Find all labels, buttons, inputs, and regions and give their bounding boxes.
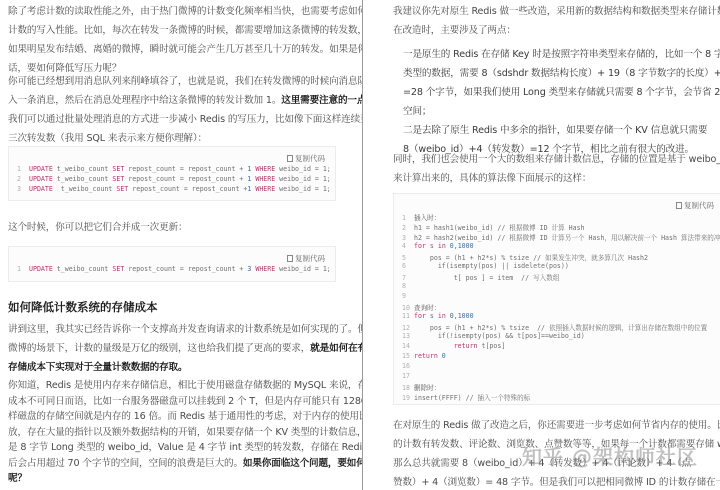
text-span: 入一条消息，然后在消息处理程序中给这条微博的转发计数加 1。 [8, 95, 281, 106]
code-line: 3UPDATE t_weibo_count SET repost_count =… [17, 185, 331, 193]
paragraph-redis-modification: 我建议你先对原生 Redis 做一些改造，采用新的数据结构和数据类型来存储计数数… [393, 2, 720, 40]
line-number: 13 [402, 332, 414, 340]
emphasis-text: 呢？ [8, 473, 27, 484]
copy-icon [676, 202, 682, 209]
code-text: pos = (h1 + h2*s) % tsize // 如果发生冲突，就多算几… [414, 254, 648, 262]
line-number: 12 [402, 324, 414, 332]
paragraph-message-queue: 你可能已经想到用消息队列来削峰填谷了，也就是说，我们在转发微博的时候向消息队列写… [8, 72, 362, 148]
code-text: 插入时： [414, 214, 440, 222]
number-literal: 0,1000 [446, 312, 474, 320]
code-line: 2h1 = hash1(weibo_id) // 根据微博 ID 计算 Hash [402, 222, 585, 232]
text-line: 微博的场景下，计数的量级是万亿的级别，这也给我们提了更高的要求，就是如何在有限的 [8, 339, 362, 358]
keyword: WHERE [255, 265, 275, 273]
text-line: 来计算出来的，具体的算法像下面展示的这样： [393, 169, 720, 188]
code-line: 1插入时： [402, 212, 440, 222]
keyword: UPDATE [29, 185, 53, 193]
line-number: 2 [402, 224, 414, 232]
code-text: repost_count = repost_count + [124, 165, 247, 173]
text-span: 微博的场景下，计数的量级是万亿的级别，这也给我们提了更高的要求， [8, 343, 310, 354]
code-line: 4for s in 0,1000 [402, 242, 474, 250]
code-text: 删除时： [414, 384, 440, 392]
code-line: 11for s in 0,1000 [402, 312, 474, 320]
watermark: 知乎 @架构师社区 [522, 441, 698, 470]
code-block-sql-three-updates: 复制代码 1UPDATE t_weibo_count SET repost_co… [8, 146, 336, 201]
code-line: 5 pos = (h1 + h2*s) % tsize // 如果发生冲突，就多… [402, 252, 648, 262]
code-line: 8 [402, 282, 414, 290]
text-line: 一是原生的 Redis 在存储 Key 时是按照字符串类型来存储的，比如一个 8… [403, 45, 720, 64]
code-text: 查询时： [414, 304, 440, 312]
section-heading: 如何降低计数系统的存储成本 [8, 299, 158, 315]
line-number: 19 [402, 394, 414, 402]
line-number: 14 [402, 342, 414, 350]
text-line: =28 个字节，如果我们使用 Long 类型来存储就只需要 8 个字节，会节省 … [403, 83, 720, 102]
line-number: 5 [402, 254, 414, 262]
code-text: h1 = hash1(weibo_id) // 根据微博 ID 计算 Hash [414, 224, 585, 232]
keyword: UPDATE [29, 165, 53, 173]
paragraph-merge-update: 这个时候，你可以把它们合并成一次更新： [8, 218, 187, 237]
code-line: 1UPDATE t_weibo_count SET repost_count =… [17, 165, 331, 173]
code-line: 9 [402, 292, 414, 300]
code-line: 15return 0 [402, 352, 446, 360]
line-number: 10 [402, 304, 414, 312]
copy-label: 复制代码 [295, 154, 325, 163]
copy-icon [287, 255, 293, 262]
keyword: WHERE [255, 175, 275, 183]
keyword: in [438, 242, 446, 250]
emphasis-text: 就是如何在有限的 [310, 343, 362, 354]
text-line: 如果明星发布结婚、离婚的微博，瞬时就可能会产生几万甚至几十万的转发。如果是你的 [8, 40, 362, 59]
text-line: 计数的写入性能。比如，每次在转发一条微博的时候，都需要增加这条微博的转发数，那么 [8, 21, 362, 40]
text-line: 除了考虑计数的读取性能之外，由于热门微博的计数变化频率相当快，也需要考虑如何提升 [8, 2, 362, 21]
line-number: 1 [402, 214, 414, 222]
code-block-hash-algorithm: 复制代码 1插入时： 2h1 = hash1(weibo_id) // 根据微博… [393, 193, 720, 405]
line-number: 2 [17, 175, 29, 183]
text-line: 赞数）+ 4（浏览数）= 48 字节。但是我们可以把相同微博 ID 的计数存储在… [393, 473, 720, 490]
number-literal: 0 [438, 352, 446, 360]
text-line: 二是去除了原生 Redis 中多余的指针，如果要存储一个 KV 信息就只需要 [403, 121, 720, 140]
line-number: 17 [402, 372, 414, 380]
emphasis-text: 存储成本下实现对于全量计数数据的存取。 [8, 362, 187, 373]
text-line: 类型的数据，需要 8（sdshdr 数据结构长度）+ 19（8 字节数字的长度）… [403, 64, 720, 83]
code-line: 18删除时： [402, 382, 440, 392]
code-text: t_weibo_count [53, 265, 113, 273]
code-line: 3h2 = hash2(weibo_id) // 根据微博 ID 计算另一个 H… [402, 232, 720, 242]
code-text: t[pos] [478, 342, 506, 350]
code-block-sql-merged-update: 复制代码 1UPDATE t_weibo_count SET repost_co… [8, 246, 336, 282]
code-line: 7 t[ pos ] = item // 写入数组 [402, 272, 559, 282]
code-text: t_weibo_count [53, 185, 117, 193]
code-text: s [426, 242, 438, 250]
code-line: 19insert(FFFF) // 插入一个特殊的标 [402, 392, 530, 402]
keyword: SET [112, 165, 124, 173]
code-text: insert(FFFF) // 插入一个特殊的标 [414, 394, 530, 402]
paragraph-array-hash: 同时，我们也会使用一个大的数组来存储计数信息，存储的位置是基于 weibo_id… [393, 150, 720, 188]
copy-label: 复制代码 [684, 201, 714, 210]
keyword: SET [112, 265, 124, 273]
code-line: 10查询时： [402, 302, 440, 312]
code-line: 13 if(!isempty(pos) && t[pos]==weibo_id) [402, 332, 585, 340]
line-number: 15 [402, 352, 414, 360]
keyword: return [414, 352, 438, 360]
line-number: 9 [402, 292, 414, 300]
emphasis-text: 如果你面临这个问题，要如何优化 [243, 458, 362, 469]
paragraph-redis-memory: 你知道，Redis 是使用内存来存储信息，相比于使用磁盘存储数据的 MySQL … [8, 376, 362, 485]
text-line: 成本不可同日而语，比如一台服务器磁盘可以挂载到 2 个 T，但是内存可能只有 1… [8, 392, 362, 408]
line-number: 11 [402, 312, 414, 320]
code-text: weibo_id = 1; [275, 265, 331, 273]
keyword: WHERE [255, 185, 275, 193]
copy-code-button[interactable]: 复制代码 [676, 200, 714, 211]
emphasis-text: 这里需要注意的一点， [281, 95, 362, 106]
text-line: 样磁盘的存储空间就是内存的 16 倍。而 Redis 基于通用性的考虑，对于内存… [8, 407, 362, 423]
text-line: 空间； [403, 102, 720, 121]
keyword: for [414, 242, 426, 250]
code-line: 14 return t[pos] [402, 342, 505, 350]
keyword: UPDATE [29, 265, 53, 273]
code-text: h2 = hash2(weibo_id) // 根据微博 ID 计算另一个 Ha… [414, 234, 720, 242]
code-text: weibo_id = 1; [275, 175, 331, 183]
line-number: 18 [402, 384, 414, 392]
copy-code-button[interactable]: 复制代码 [287, 253, 325, 264]
text-span: 后会占用超过 70 个字节的空间，空间的浪费是巨大的。 [8, 458, 243, 469]
line-number: 3 [402, 234, 414, 242]
keyword: in [438, 312, 446, 320]
line-number: 3 [17, 185, 29, 193]
code-text: t_weibo_count [53, 165, 113, 173]
left-page: 除了考虑计数的读取性能之外，由于热门微博的计数变化频率相当快，也需要考虑如何提升… [0, 0, 362, 490]
text-line: 是 8 字节 Long 类型的 weibo_id，Value 是 4 字节 in… [8, 438, 362, 454]
code-text: s [426, 312, 438, 320]
paragraph-storage-cost-intro: 讲到这里，我其实已经告诉你一个支撑高并发查询请求的计数系统是如何实现的了。但是在… [8, 320, 362, 377]
keyword: SET [112, 175, 124, 183]
text-line: 在对原生的 Redis 做了改造之后，你还需要进一步考虑如何节省内存的使用。比如… [393, 416, 720, 435]
code-text: repost_count = repost_count + [124, 265, 247, 273]
code-line: 16 [402, 362, 414, 370]
copy-icon [287, 155, 293, 162]
right-page: 我建议你先对原生 Redis 做一些改造，采用新的数据结构和数据类型来存储计数数… [363, 0, 720, 490]
quote-two-points: 一是原生的 Redis 在存储 Key 时是按照字符串类型来存储的，比如一个 8… [403, 45, 720, 159]
text-line: 你知道，Redis 是使用内存来存储信息，相比于使用磁盘存储数据的 MySQL … [8, 376, 362, 392]
copy-label: 复制代码 [295, 254, 325, 263]
code-line: 1UPDATE t_weibo_count SET repost_count =… [17, 265, 331, 273]
text-line: 我们可以通过批量处理消息的方式进一步减小 Redis 的写压力，比如像下面这样连… [8, 110, 362, 129]
number-literal: 0,1000 [446, 242, 474, 250]
code-line: 2UPDATE t_weibo_count SET repost_count =… [17, 175, 331, 183]
code-line: 6 if(isempty(pos) || isdelete(pos)) [402, 262, 569, 270]
line-number: 6 [402, 262, 414, 270]
code-line: 17 [402, 372, 414, 380]
code-text: repost_count = repost_count + [128, 185, 247, 193]
line-number: 1 [17, 265, 29, 273]
text-line: 同时，我们也会使用一个大的数组来存储计数信息，存储的位置是基于 weibo_id… [393, 150, 720, 169]
copy-code-button[interactable]: 复制代码 [287, 153, 325, 164]
code-text: t[ pos ] = item // 写入数组 [414, 274, 559, 282]
keyword: SET [116, 185, 128, 193]
code-text: t_weibo_count [53, 175, 113, 183]
code-text: weibo_id = 1; [275, 165, 331, 173]
text-line: 后会占用超过 70 个字节的空间，空间的浪费是巨大的。如果你面临这个问题，要如何… [8, 454, 362, 470]
code-line: 12 pos = (h1 + h2*s) % tsize // 依照插入数据时候… [402, 322, 707, 332]
line-number: 4 [402, 242, 414, 250]
line-number: 1 [17, 165, 29, 173]
keyword: UPDATE [29, 175, 53, 183]
text-line: 你可能已经想到用消息队列来削峰填谷了，也就是说，我们在转发微博的时候向消息队列写 [8, 72, 362, 91]
keyword: for [414, 312, 426, 320]
line-number: 8 [402, 282, 414, 290]
text-line: 在改造时，主要涉及了两点： [393, 21, 720, 40]
text-line: 存储成本下实现对于全量计数数据的存取。 [8, 358, 362, 377]
code-text: repost_count = repost_count + [124, 175, 247, 183]
code-text: if(isempty(pos) || isdelete(pos)) [414, 262, 569, 270]
text-line: 放，存在大量的指针以及额外数据结构的开销，如果要存储一个 KV 类型的计数信息，… [8, 423, 362, 439]
text-line: 呢？ [8, 469, 362, 485]
keyword: return [414, 342, 478, 350]
text-line: 入一条消息，然后在消息处理程序中给这条微博的转发计数加 1。这里需要注意的一点， [8, 91, 362, 110]
text-line: 讲到这里，我其实已经告诉你一个支撑高并发查询请求的计数系统是如何实现的了。但是在 [8, 320, 362, 339]
code-text: if(!isempty(pos) && t[pos]==weibo_id) [414, 332, 585, 340]
paragraph-write-performance: 除了考虑计数的读取性能之外，由于热门微博的计数变化频率相当快，也需要考虑如何提升… [8, 2, 362, 78]
line-number: 7 [402, 274, 414, 282]
code-text: weibo_id = 1; [275, 185, 331, 193]
keyword: WHERE [255, 165, 275, 173]
line-number: 16 [402, 362, 414, 370]
text-line: 我建议你先对原生 Redis 做一些改造，采用新的数据结构和数据类型来存储计数数… [393, 2, 720, 21]
code-text: pos = (h1 + h2*s) % tsize // 依照插入数据时候的逻辑… [414, 324, 707, 332]
